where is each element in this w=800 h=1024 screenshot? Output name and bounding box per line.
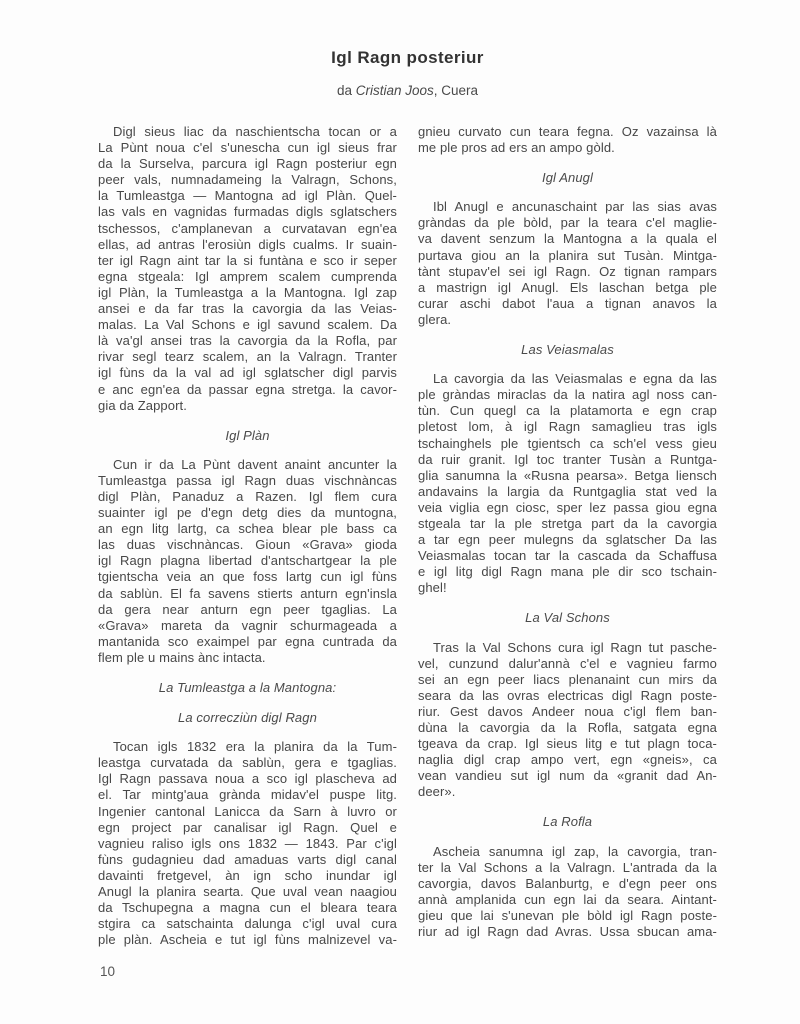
text-line: gieu que lai s'unevan ple bòld igl Ragn … — [418, 908, 717, 924]
text-line: egn project par canalisar igl Ragn. Quel… — [98, 820, 397, 836]
text-line: vel, cunzund dalur'annà c'el e vagnieu f… — [418, 656, 717, 672]
text-line: stgira ca satschainta dalunga c'igl uval… — [98, 916, 397, 932]
paragraph: Ibl Anugl e ancunaschaint par las sias a… — [418, 199, 717, 328]
text-line: tànt stupav'el sei igl Ragn. Oz tignan r… — [418, 264, 717, 280]
text-line: ter la Val Schons a la Valragn. L'antrad… — [418, 860, 717, 876]
text-line: tgeava da crap. Igl sieus litg e tut pla… — [418, 736, 717, 752]
text-line: sei an egn peer liacs plenanaint cun mir… — [418, 672, 717, 688]
paragraph: Digl sieus liac da naschientscha tocan o… — [98, 124, 397, 414]
section-heading: La correcziùn digl Ragn — [98, 710, 397, 726]
text-line: da ruir granit. Igl toc tranter Tusàn a … — [418, 452, 717, 468]
text-line: Tras la Val Schons cura igl Ragn tut pas… — [418, 640, 717, 656]
text-line: igl Plàn, la Tumleastga a la Mantogna. I… — [98, 285, 397, 301]
text-line: purtava giou an la planira sut Tusàn. Mi… — [418, 248, 717, 264]
text-line: da Tschupegna a magna cun el bleara tear… — [98, 900, 397, 916]
page-title: Igl Ragn posteriur — [98, 48, 717, 68]
right-column: gnieu curvato cun teara fegna. Oz vazain… — [418, 124, 717, 948]
text-line: tgientscha veia an que foss lartg cun ig… — [98, 569, 397, 585]
text-line: seara da las ovras electricas digl Ragn … — [418, 688, 717, 704]
text-line: «Grava» mareta da vagnir schurmageada a — [98, 618, 397, 634]
text-line: pletost lom, à igl Ragn samaglieu tras i… — [418, 419, 717, 435]
paragraph: Cun ir da La Pùnt davent anaint ancunter… — [98, 457, 397, 666]
text-line: las vals en vagnidas furmadas digls sgla… — [98, 204, 397, 220]
text-line: malas. La Val Schons e igl savund scalem… — [98, 317, 397, 333]
text-line: igl fùns da la val ad igl sglatscher dig… — [98, 365, 397, 381]
text-line: rivar segl tearz scalem, an la Valragn. … — [98, 349, 397, 365]
text-line: ghel! — [418, 580, 717, 596]
text-line: naglia digl crap ampo vert, egn «gneis»,… — [418, 752, 717, 768]
text-line: Tocan igls 1832 era la planira da la Tum… — [98, 739, 397, 755]
text-line: vagnieu raliso igls ons 1832 — 1843. Par… — [98, 836, 397, 852]
text-line: curar aschi dabot l'aua a tignan anavos … — [418, 296, 717, 312]
text-line: Igl Ragn passava noua a sco igl plaschev… — [98, 771, 397, 787]
text-line: cavorgia, davos Balanburtg, e d'egn peer… — [418, 876, 717, 892]
text-line: suainter igl pe d'egn detg dies da munto… — [98, 505, 397, 521]
section-heading: La Val Schons — [418, 610, 717, 626]
scanned-page: Igl Ragn posteriur da Cristian Joos, Cue… — [0, 0, 800, 1024]
byline-author: Cristian Joos — [356, 83, 434, 98]
text-line: fùns gudagnieu dad amaduas varts digl ca… — [98, 852, 397, 868]
text-line: Digl sieus liac da naschientscha tocan o… — [98, 124, 397, 140]
text-line: va davent senzum la Mantogna a la quala … — [418, 231, 717, 247]
paragraph: Tocan igls 1832 era la planira da la Tum… — [98, 739, 397, 948]
page-number: 10 — [100, 964, 115, 979]
text-line: Ibl Anugl e ancunaschaint par las sias a… — [418, 199, 717, 215]
byline-prefix: da — [337, 83, 356, 98]
text-line: egna stgeala: Igl amprem scalem cumprend… — [98, 269, 397, 285]
text-line: peer vals, numnadameing la Valragn, Scho… — [98, 172, 397, 188]
text-line: da la Surselva, parcura igl Ragn posteri… — [98, 156, 397, 172]
text-line: andavains la largia da Runtgaglia stat v… — [418, 484, 717, 500]
paragraph: Tras la Val Schons cura igl Ragn tut pas… — [418, 640, 717, 801]
section-heading: La Tumleastga a la Mantogna: — [98, 680, 397, 696]
text-line: La cavorgia da las Veiasmalas e egna da … — [418, 371, 717, 387]
text-line: flem ple u mains ànc intacta. — [98, 650, 397, 666]
paragraph: gnieu curvato cun teara fegna. Oz vazain… — [418, 124, 717, 156]
section-heading: Igl Anugl — [418, 170, 717, 186]
text-line: me ple pros ad ers an ampo gòld. — [418, 140, 717, 156]
text-line: digl Plàn, Panaduz a Razen. Igl flem cur… — [98, 489, 397, 505]
text-line: Ascheia sanumna igl zap, la cavorgia, tr… — [418, 844, 717, 860]
text-line: glera. — [418, 312, 717, 328]
text-line: ple gràndas miraclas da la natira agl no… — [418, 387, 717, 403]
text-line: deer». — [418, 784, 717, 800]
text-line: riur ad igl Ragn dad Avras. Ussa sbucan … — [418, 924, 717, 940]
text-line: Tumleastga passa igl Ragn duas vischnànc… — [98, 473, 397, 489]
text-line: ter igl Ragn aint tar la si funtàna e sc… — [98, 253, 397, 269]
text-line: gnieu curvato cun teara fegna. Oz vazain… — [418, 124, 717, 140]
text-line: Cun ir da La Pùnt davent anaint ancunter… — [98, 457, 397, 473]
text-line: tùn. Cun quegl ca la platamorta e egn cr… — [418, 403, 717, 419]
text-line: an egn litg lartg, ca schea blear ple ba… — [98, 521, 397, 537]
text-line: dùna la cavorgia da la Rofla, satgata eg… — [418, 720, 717, 736]
text-line: Ingenier cantonal Lanicca da Sarn à luvr… — [98, 804, 397, 820]
text-line: ansei e da far tras la cavorgia da las V… — [98, 301, 397, 317]
paragraph: Ascheia sanumna igl zap, la cavorgia, tr… — [418, 844, 717, 941]
text-line: mantanida sco exaimpel par egna cuntrada… — [98, 634, 397, 650]
text-line: e igl litg digl Ragn mana ple dir sco ts… — [418, 564, 717, 580]
text-line: e anc egn'ea da passar egna stretga. la … — [98, 382, 397, 398]
text-line: veia viglia egn ciosc, sper lez passa gi… — [418, 500, 717, 516]
section-heading: Igl Plàn — [98, 428, 397, 444]
text-line: annà amplanida cun egn lai da seara. Ain… — [418, 892, 717, 908]
text-line: la Tumleastga — Mantogna ad igl Plàn. Qu… — [98, 188, 397, 204]
text-line: gia da Zapport. — [98, 398, 397, 414]
text-line: davainti fretgevel, àn ign scho inundar … — [98, 868, 397, 884]
text-block: Igl Ragn posteriur da Cristian Joos, Cue… — [98, 48, 717, 948]
text-line: glia sanumna la «Rusna pearsa». Betga li… — [418, 468, 717, 484]
text-line: gràndas da ple bòld, par la teara c'el m… — [418, 215, 717, 231]
text-line: stgeala tar la ple stretga part da la ca… — [418, 516, 717, 532]
text-line: da gera near anturn egn peer tgaglias. L… — [98, 602, 397, 618]
text-line: tschainghels ple tgientsch ca sch'el ves… — [418, 436, 717, 452]
text-line: ple plàn. Ascheia e tut igl fùns malnize… — [98, 932, 397, 948]
text-line: La Pùnt noua c'el s'unescha cun igl sieu… — [98, 140, 397, 156]
text-line: leastga curvatada da sablùn, gera e tgag… — [98, 755, 397, 771]
byline-suffix: , Cuera — [434, 83, 478, 98]
two-column-layout: Digl sieus liac da naschientscha tocan o… — [98, 124, 717, 948]
byline: da Cristian Joos, Cuera — [98, 83, 717, 98]
text-line: las duas vischnàncas. Gioun «Grava» giod… — [98, 537, 397, 553]
section-heading: Las Veiasmalas — [418, 342, 717, 358]
text-line: Anugl la planira searta. Que uval vean n… — [98, 884, 397, 900]
text-line: ellas, ad antras l'erosiùn digls cualms.… — [98, 237, 397, 253]
text-line: Veiasmalas tocan tar la cascada da Schaf… — [418, 548, 717, 564]
text-line: igl Ragn plagna libertad d'antschartgear… — [98, 553, 397, 569]
text-line: da sablùn. El fa savens stierts anturn e… — [98, 586, 397, 602]
paragraph: La cavorgia da las Veiasmalas e egna da … — [418, 371, 717, 596]
text-line: tschessos, c'amplanevan a curvatavan egn… — [98, 221, 397, 237]
text-line: vean vandieu sut igl num da «granit dad … — [418, 768, 717, 784]
text-line: là va'gl ansei tras la cavorgia da la Ro… — [98, 333, 397, 349]
section-heading: La Rofla — [418, 814, 717, 830]
text-line: el. Tar mintg'aua grànda midav'el puspe … — [98, 787, 397, 803]
text-line: a tar egn peer mulegns da sglatscher Da … — [418, 532, 717, 548]
text-line: a mastrign igl Anugl. Els laschan betga … — [418, 280, 717, 296]
left-column: Digl sieus liac da naschientscha tocan o… — [98, 124, 397, 948]
text-line: riur. Gest davos Andeer noua c'igl flem … — [418, 704, 717, 720]
